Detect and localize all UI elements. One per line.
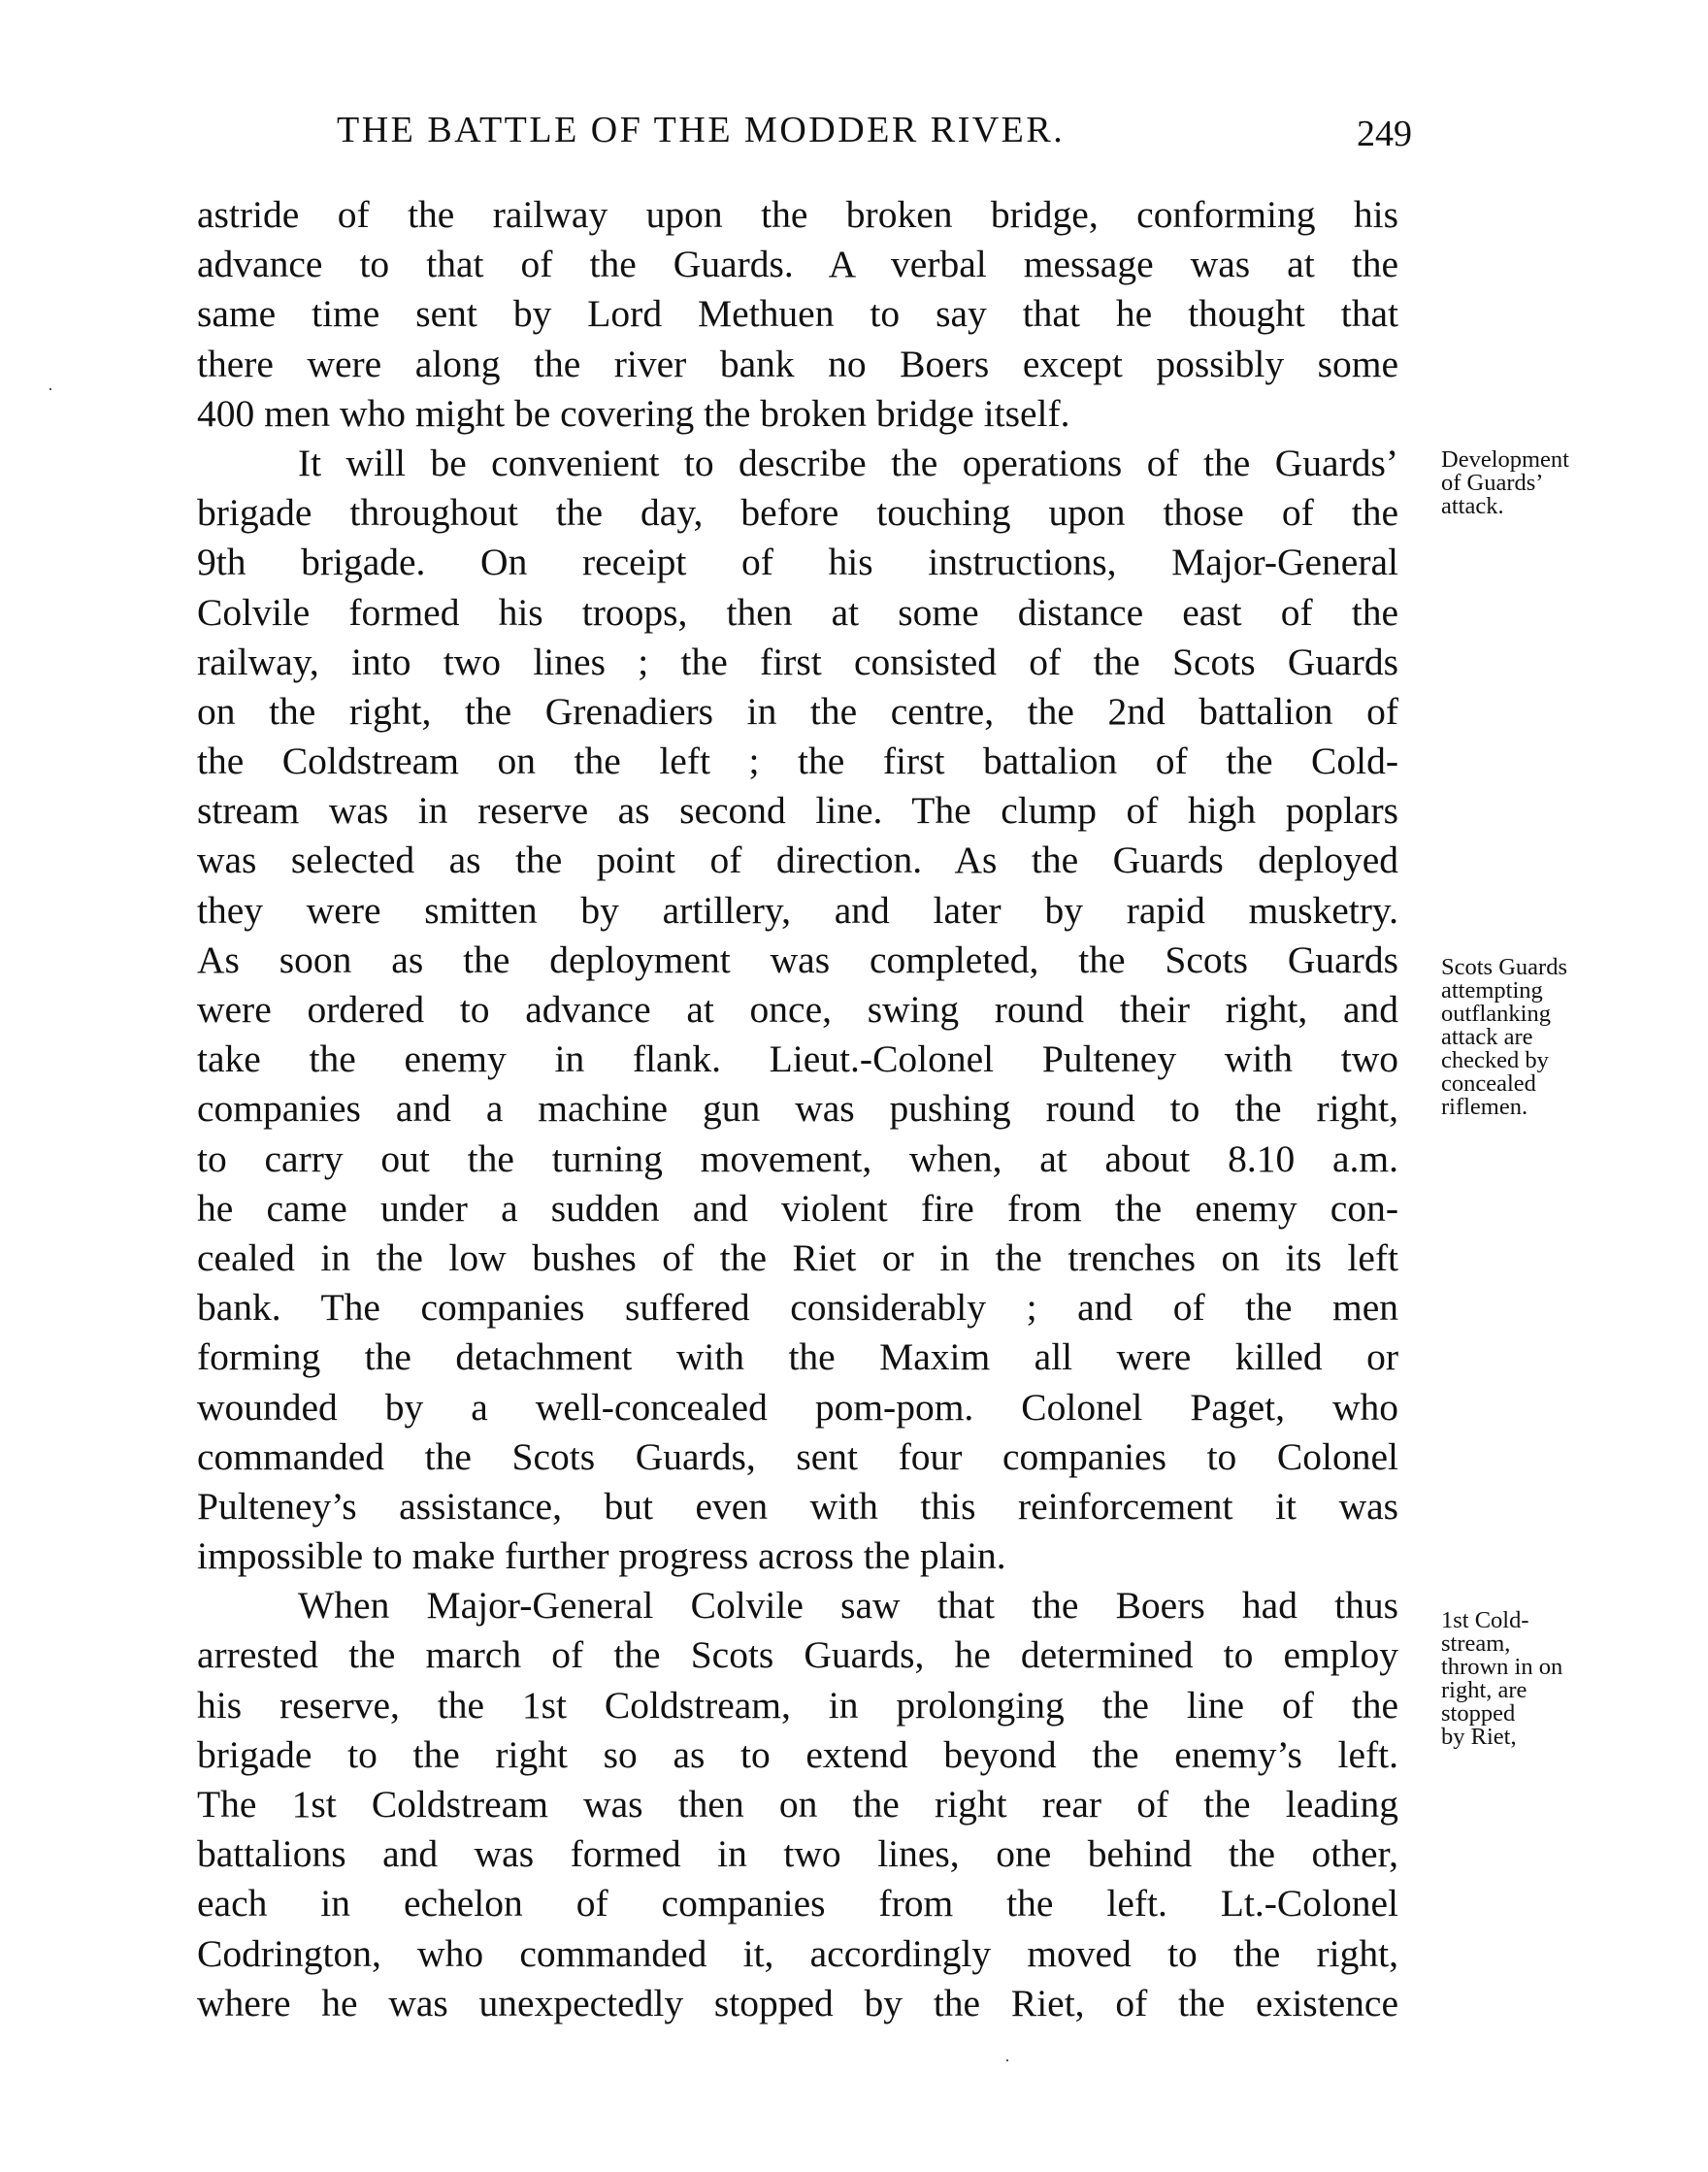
text-line: impossible to make further progress acro… — [197, 1531, 1398, 1581]
text-line: As soon as the deployment was completed,… — [197, 936, 1398, 985]
scan-speck — [49, 388, 51, 390]
sidenote-line: riflemen. — [1441, 1096, 1708, 1119]
sidenote-line: attack. — [1441, 495, 1708, 518]
body-text: astride of the railway upon the broken b… — [197, 190, 1398, 2028]
text-line: railway, into two lines ; the first cons… — [197, 638, 1398, 687]
sidenote-line: concealed — [1441, 1072, 1708, 1096]
text-line: companies and a machine gun was pushing … — [197, 1084, 1398, 1134]
text-line: wounded by a well-concealed pom-pom. Col… — [197, 1383, 1398, 1432]
sidenote-line: right, are — [1441, 1679, 1708, 1702]
sidenote-line: 1st Cold- — [1441, 1609, 1708, 1632]
running-header: THE BATTLE OF THE MODDER RIVER. 249 — [320, 109, 1427, 167]
text-line: each in echelon of companies from the le… — [197, 1879, 1398, 1928]
text-line: brigade to the right so as to extend bey… — [197, 1730, 1398, 1780]
text-line: astride of the railway upon the broken b… — [197, 190, 1398, 240]
sidenote-line: attack are — [1441, 1026, 1708, 1049]
text-line: he came under a sudden and violent fire … — [197, 1184, 1398, 1234]
text-line: arrested the march of the Scots Guards, … — [197, 1630, 1398, 1680]
sidenote-line: of Guards’ — [1441, 472, 1708, 495]
sidenote-line: outflanking — [1441, 1003, 1708, 1026]
text-line: where he was unexpectedly stopped by the… — [197, 1979, 1398, 2028]
sidenote-line: attempting — [1441, 979, 1708, 1003]
text-line: battalions and was formed in two lines, … — [197, 1829, 1398, 1879]
text-line: Pulteney’s assistance, but even with thi… — [197, 1482, 1398, 1531]
sidenote-line: by Riet, — [1441, 1726, 1708, 1749]
sidenote-guards-attack: Development of Guards’ attack. — [1441, 448, 1708, 518]
text-line: same time sent by Lord Methuen to say th… — [197, 289, 1398, 339]
text-line: there were along the river bank no Boers… — [197, 340, 1398, 389]
text-line: to carry out the turning movement, when,… — [197, 1135, 1398, 1184]
text-line: on the right, the Grenadiers in the cent… — [197, 687, 1398, 737]
text-line: was selected as the point of direction. … — [197, 836, 1398, 885]
text-line: brigade throughout the day, before touch… — [197, 488, 1398, 538]
text-line: they were smitten by artillery, and late… — [197, 886, 1398, 936]
text-line: the Coldstream on the left ; the first b… — [197, 737, 1398, 786]
text-line: Colvile formed his troops, then at some … — [197, 588, 1398, 638]
paragraph-start-line: It will be convenient to describe the op… — [197, 439, 1398, 488]
scan-speck — [1006, 2059, 1008, 2061]
sidenote-line: stream, — [1441, 1632, 1708, 1656]
text-line: 400 men who might be covering the broken… — [197, 389, 1398, 439]
text-line: cealed in the low bushes of the Riet or … — [197, 1234, 1398, 1283]
page-number: 249 — [1357, 113, 1412, 155]
text-line: Codrington, who commanded it, accordingl… — [197, 1929, 1398, 1979]
sidenote-scots-guards: Scots Guards attempting outflanking atta… — [1441, 956, 1708, 1119]
text-line: take the enemy in flank. Lieut.-Colonel … — [197, 1035, 1398, 1084]
sidenote-line: Scots Guards — [1441, 956, 1708, 979]
text-line: 9th brigade. On receipt of his instructi… — [197, 538, 1398, 587]
text-line: advance to that of the Guards. A verbal … — [197, 240, 1398, 289]
text-line: forming the detachment with the Maxim al… — [197, 1333, 1398, 1382]
sidenote-line: thrown in on — [1441, 1656, 1708, 1679]
paragraph-start-line: When Major-General Colvile saw that the … — [197, 1581, 1398, 1630]
text-line: commanded the Scots Guards, sent four co… — [197, 1432, 1398, 1482]
sidenote-line: checked by — [1441, 1049, 1708, 1072]
text-line: were ordered to advance at once, swing r… — [197, 985, 1398, 1035]
text-line: stream was in reserve as second line. Th… — [197, 786, 1398, 836]
text-line: bank. The companies suffered considerabl… — [197, 1283, 1398, 1333]
sidenote-line: Development — [1441, 448, 1708, 472]
text-line: his reserve, the 1st Coldstream, in prol… — [197, 1681, 1398, 1730]
sidenote-coldstream: 1st Cold- stream, thrown in on right, ar… — [1441, 1609, 1708, 1749]
sidenote-line: stopped — [1441, 1702, 1708, 1726]
text-line: The 1st Coldstream was then on the right… — [197, 1780, 1398, 1829]
running-title: THE BATTLE OF THE MODDER RIVER. — [337, 109, 1065, 151]
